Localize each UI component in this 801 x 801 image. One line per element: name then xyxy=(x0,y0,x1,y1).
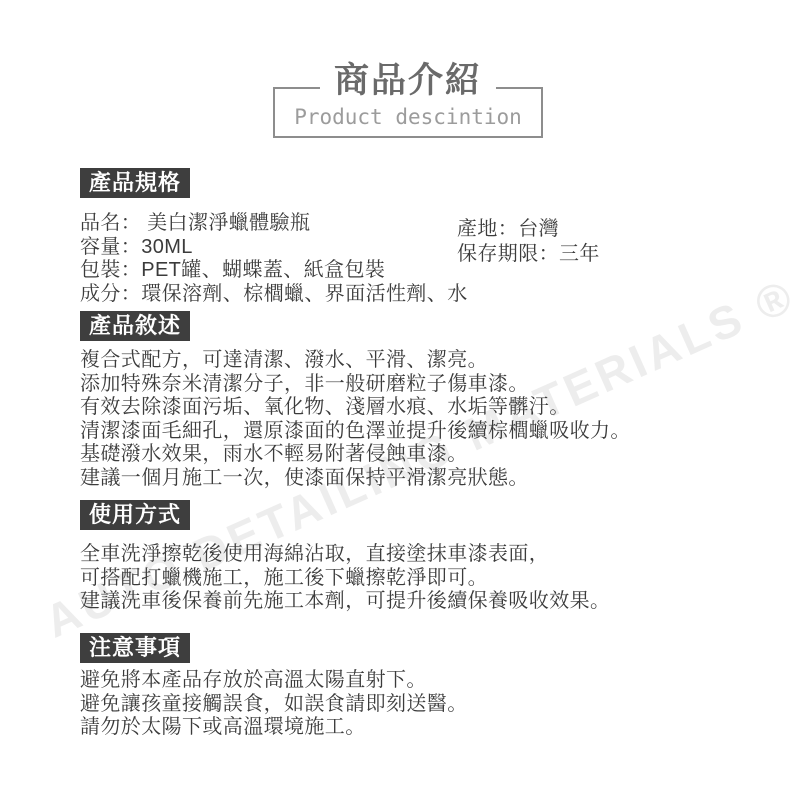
usage-line: 全車洗淨擦乾後使用海綿沾取，直接塗抹車漆表面， xyxy=(80,543,610,567)
page-subtitle: Product descintion xyxy=(294,105,522,129)
usage-list: 全車洗淨擦乾後使用海綿沾取，直接塗抹車漆表面， 可搭配打蠟機施工，施工後下蠟擦乾… xyxy=(80,543,610,614)
product-description-page: AUTO DETAILING MATERIALS ® 商品介紹 Product … xyxy=(0,0,801,801)
description-line: 有效去除漆面污垢、氧化物、淺層水痕、水垢等髒汙。 xyxy=(80,396,631,420)
usage-line: 可搭配打蠟機施工，施工後下蠟擦乾淨即可。 xyxy=(80,567,610,591)
description-line: 複合式配方，可達清潔、潑水、平滑、潔亮。 xyxy=(80,349,631,373)
spec-line-name: 品名： 美白潔淨蠟體驗瓶 xyxy=(80,212,468,236)
notice-line: 請勿於太陽下或高溫環境施工。 xyxy=(80,716,468,740)
spec-list-left: 品名： 美白潔淨蠟體驗瓶 容量：30ML 包裝：PET罐、蝴蝶蓋、紙盒包裝 成分… xyxy=(80,212,468,306)
section-heading-description: 產品敘述 xyxy=(80,311,190,341)
spec-list-right: 產地：台灣 保存期限：三年 xyxy=(457,217,600,267)
spec-line-ingredients: 成分：環保溶劑、棕櫚蠟、界面活性劑、水 xyxy=(80,283,468,307)
notice-list: 避免將本產品存放於高溫太陽直射下。 避免讓孩童接觸誤食，如誤食請即刻送醫。 請勿… xyxy=(80,669,468,740)
usage-line: 建議洗車後保養前先施工本劑，可提升後續保養吸收效果。 xyxy=(80,590,610,614)
section-heading-notice: 注意事項 xyxy=(80,633,190,663)
page-title: 商品介紹 xyxy=(320,63,496,98)
spec-line-volume: 容量：30ML xyxy=(80,236,468,260)
header-title-box: 商品介紹 Product descintion xyxy=(273,87,543,138)
description-list: 複合式配方，可達清潔、潑水、平滑、潔亮。 添加特殊奈米清潔分子，非一般研磨粒子傷… xyxy=(80,349,631,491)
spec-line-origin: 產地：台灣 xyxy=(457,217,600,242)
description-line: 建議一個月施工一次，使漆面保持平滑潔亮狀態。 xyxy=(80,467,631,491)
description-line: 清潔漆面毛細孔，還原漆面的色澤並提升後續棕櫚蠟吸收力。 xyxy=(80,420,631,444)
description-line: 基礎潑水效果，雨水不輕易附著侵蝕車漆。 xyxy=(80,443,631,467)
spec-line-packaging: 包裝：PET罐、蝴蝶蓋、紙盒包裝 xyxy=(80,259,468,283)
description-line: 添加特殊奈米清潔分子，非一般研磨粒子傷車漆。 xyxy=(80,373,631,397)
spec-line-shelf-life: 保存期限：三年 xyxy=(457,242,600,267)
notice-line: 避免將本產品存放於高溫太陽直射下。 xyxy=(80,669,468,693)
section-heading-usage: 使用方式 xyxy=(80,500,190,530)
page-content: 商品介紹 Product descintion 產品規格 品名： 美白潔淨蠟體驗… xyxy=(0,0,801,801)
notice-line: 避免讓孩童接觸誤食，如誤食請即刻送醫。 xyxy=(80,693,468,717)
section-heading-specs: 產品規格 xyxy=(80,168,190,198)
